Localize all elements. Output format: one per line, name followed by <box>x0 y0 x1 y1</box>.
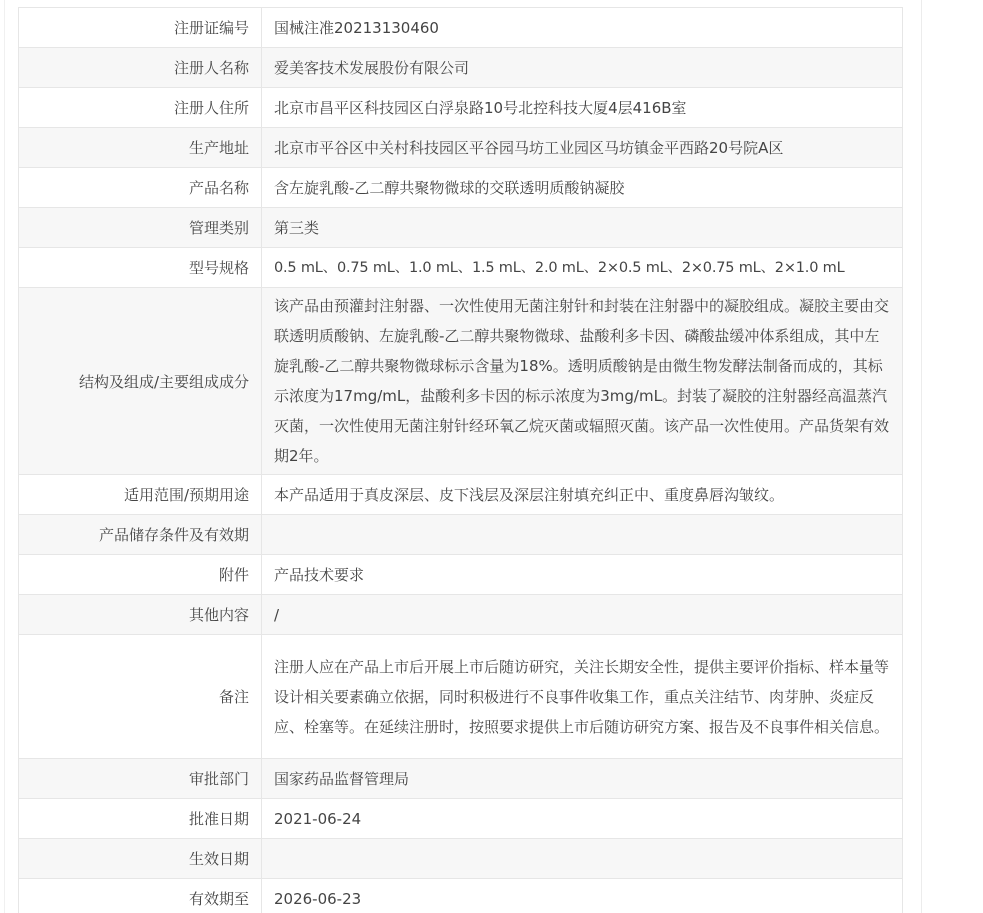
field-value: 0.5 mL、0.75 mL、1.0 mL、1.5 mL、2.0 mL、2×0.… <box>262 248 903 288</box>
field-label: 备注 <box>19 635 262 759</box>
row-remarks: 备注 注册人应在产品上市后开展上市后随访研究，关注长期安全性，提供主要评价指标、… <box>19 635 903 759</box>
field-label: 管理类别 <box>19 208 262 248</box>
field-label: 生产地址 <box>19 128 262 168</box>
field-label: 批准日期 <box>19 799 262 839</box>
field-value <box>262 515 903 555</box>
field-label: 生效日期 <box>19 839 262 879</box>
field-label: 注册证编号 <box>19 8 262 48</box>
row-production-address: 生产地址 北京市平谷区中关村科技园区平谷园马坊工业园区马坊镇金平西路20号院A区 <box>19 128 903 168</box>
right-divider <box>921 0 922 913</box>
row-approval-department: 审批部门 国家药品监督管理局 <box>19 759 903 799</box>
field-value: 国械注准20213130460 <box>262 8 903 48</box>
field-value <box>262 839 903 879</box>
field-label: 附件 <box>19 555 262 595</box>
field-value: 本产品适用于真皮深层、皮下浅层及深层注射填充纠正中、重度鼻唇沟皱纹。 <box>262 475 903 515</box>
field-label: 产品储存条件及有效期 <box>19 515 262 555</box>
registration-detail-table: 注册证编号 国械注准20213130460 注册人名称 爱美客技术发展股份有限公… <box>18 7 903 913</box>
field-value: 2026-06-23 <box>262 879 903 913</box>
field-label: 有效期至 <box>19 879 262 913</box>
field-value: 第三类 <box>262 208 903 248</box>
row-valid-until: 有效期至 2026-06-23 <box>19 879 903 913</box>
row-registrant-address: 注册人住所 北京市昌平区科技园区白浮泉路10号北控科技大厦4层416B室 <box>19 88 903 128</box>
field-value: 含左旋乳酸-乙二醇共聚物微球的交联透明质酸钠凝胶 <box>262 168 903 208</box>
field-value: 北京市昌平区科技园区白浮泉路10号北控科技大厦4层416B室 <box>262 88 903 128</box>
row-attachment: 附件 产品技术要求 <box>19 555 903 595</box>
row-storage-validity: 产品储存条件及有效期 <box>19 515 903 555</box>
field-label: 适用范围/预期用途 <box>19 475 262 515</box>
field-label: 注册人名称 <box>19 48 262 88</box>
row-effective-date: 生效日期 <box>19 839 903 879</box>
field-value: 2021-06-24 <box>262 799 903 839</box>
field-label: 产品名称 <box>19 168 262 208</box>
field-value: / <box>262 595 903 635</box>
field-label: 注册人住所 <box>19 88 262 128</box>
row-registrant-name: 注册人名称 爱美客技术发展股份有限公司 <box>19 48 903 88</box>
field-value: 国家药品监督管理局 <box>262 759 903 799</box>
row-model-spec: 型号规格 0.5 mL、0.75 mL、1.0 mL、1.5 mL、2.0 mL… <box>19 248 903 288</box>
field-value: 注册人应在产品上市后开展上市后随访研究，关注长期安全性，提供主要评价指标、样本量… <box>262 635 903 759</box>
left-divider <box>4 0 5 913</box>
row-composition: 结构及组成/主要组成成分 该产品由预灌封注射器、一次性使用无菌注射针和封装在注射… <box>19 288 903 475</box>
field-label: 其他内容 <box>19 595 262 635</box>
field-value: 北京市平谷区中关村科技园区平谷园马坊工业园区马坊镇金平西路20号院A区 <box>262 128 903 168</box>
field-label: 型号规格 <box>19 248 262 288</box>
field-value: 产品技术要求 <box>262 555 903 595</box>
row-intended-use: 适用范围/预期用途 本产品适用于真皮深层、皮下浅层及深层注射填充纠正中、重度鼻唇… <box>19 475 903 515</box>
field-value: 爱美客技术发展股份有限公司 <box>262 48 903 88</box>
row-other-content: 其他内容 / <box>19 595 903 635</box>
field-value: 该产品由预灌封注射器、一次性使用无菌注射针和封装在注射器中的凝胶组成。凝胶主要由… <box>262 288 903 475</box>
row-registration-number: 注册证编号 国械注准20213130460 <box>19 8 903 48</box>
field-label: 审批部门 <box>19 759 262 799</box>
field-label: 结构及组成/主要组成成分 <box>19 288 262 475</box>
row-management-class: 管理类别 第三类 <box>19 208 903 248</box>
row-approval-date: 批准日期 2021-06-24 <box>19 799 903 839</box>
row-product-name: 产品名称 含左旋乳酸-乙二醇共聚物微球的交联透明质酸钠凝胶 <box>19 168 903 208</box>
